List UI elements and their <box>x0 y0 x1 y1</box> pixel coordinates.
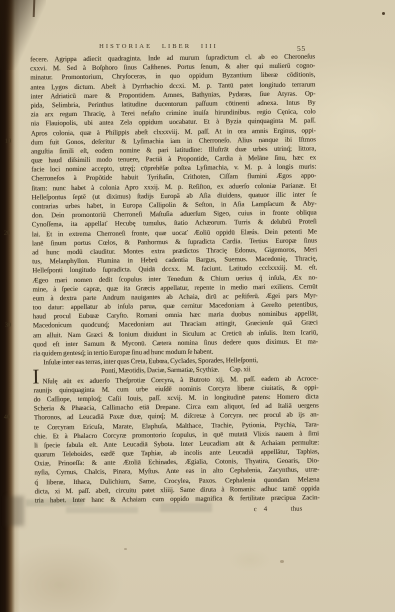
book-gutter-shadow <box>0 0 20 612</box>
book-page: HISTORIAE LIBER IIII 55 10203040 I fecer… <box>0 0 395 612</box>
text-line-49: tria habet. Inter hanc & Achaiam cum opp… <box>35 493 320 505</box>
signature-line: c 4 thus <box>35 504 320 517</box>
paper-speck <box>124 548 127 550</box>
page-edge-mark <box>32 0 34 17</box>
margin-line-number: 30 <box>5 321 25 330</box>
margin-line-number: 20 <box>4 229 24 238</box>
paper-speck <box>382 12 385 15</box>
margin-line-number: 40 <box>4 413 24 422</box>
margin-line-number: 10 <box>5 137 25 146</box>
catchword: thus <box>291 505 303 515</box>
text-content: 10203040 I fecere. Agrippa adiecit quadr… <box>30 52 320 505</box>
gathering-signature: c 4 <box>254 505 268 515</box>
paper-speck <box>280 560 284 563</box>
running-header: HISTORIAE LIBER IIII <box>30 42 287 51</box>
body-text: fecere. Agrippa adiecit quadraginta. Ind… <box>30 52 320 505</box>
